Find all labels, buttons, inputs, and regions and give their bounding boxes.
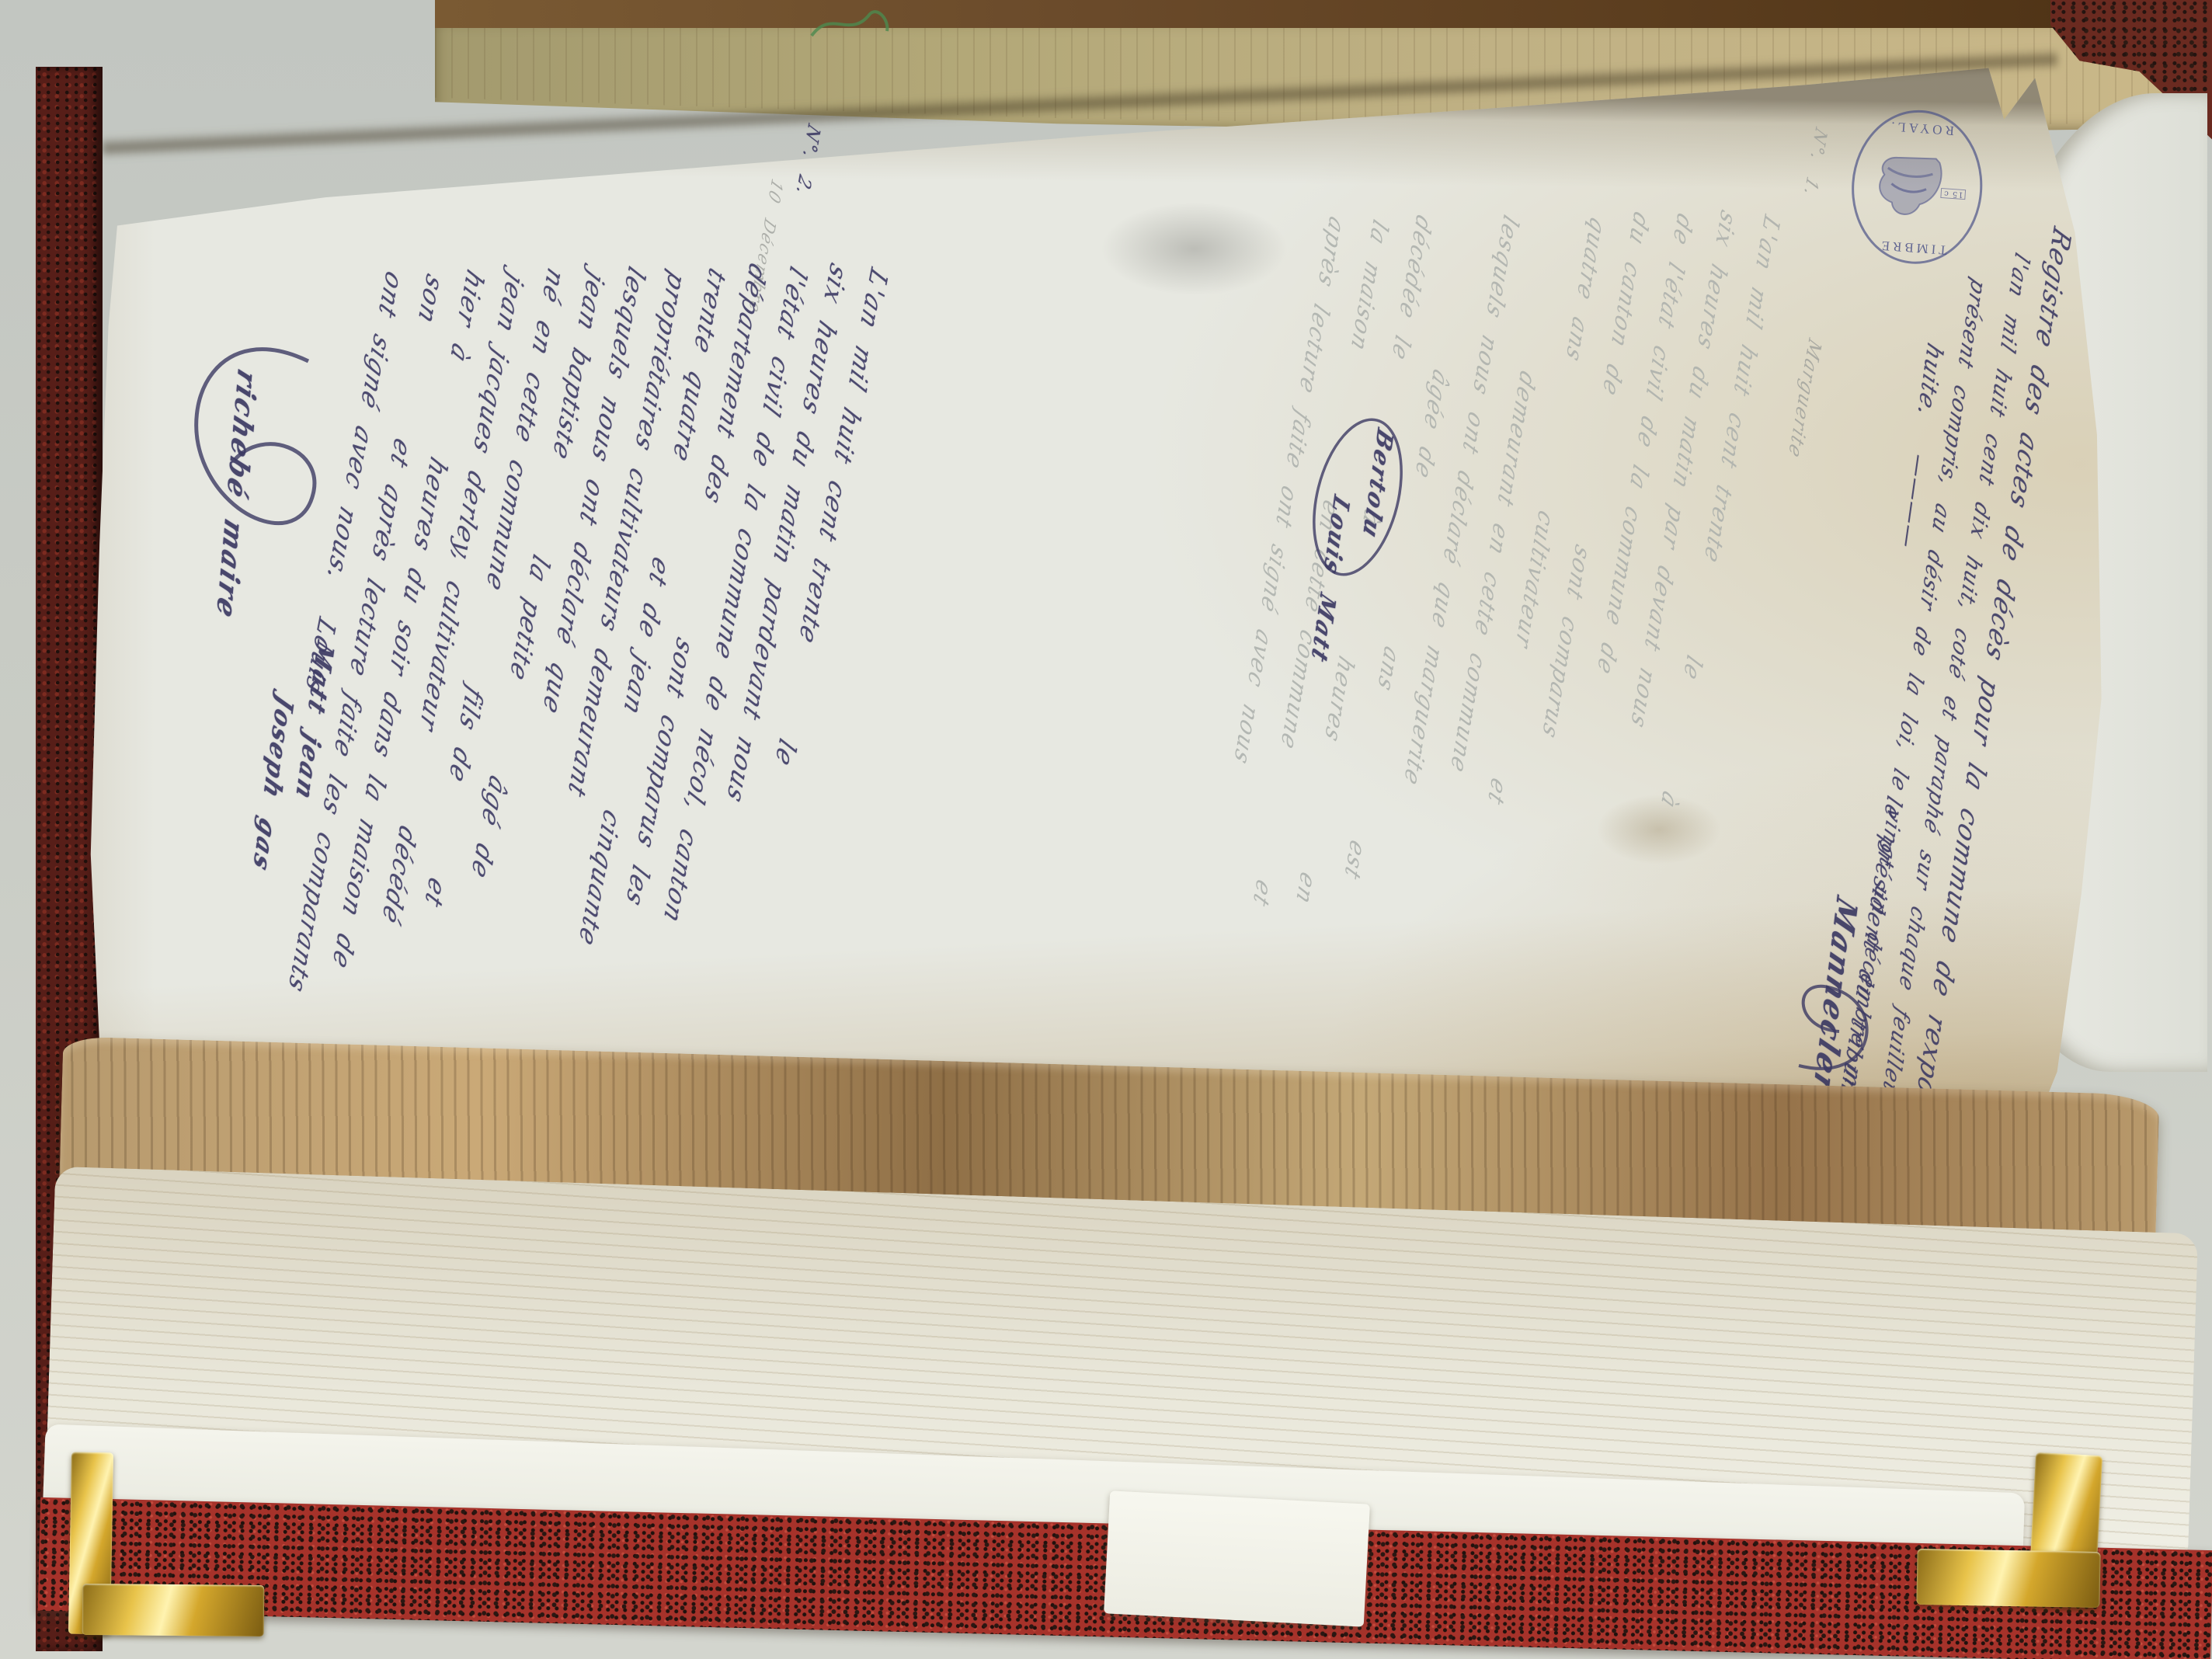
stamp-bottom-text: ROYAL. xyxy=(1887,118,1954,138)
margin-note-act2-number: N°. 2. xyxy=(792,120,823,200)
gold-corner-protector-bottom-right-horizontal xyxy=(1916,1549,2100,1608)
timbre-royal-stamp: TIMBRE 15 c ROYAL. xyxy=(1852,111,1988,269)
stamp-oval-border: TIMBRE 15 c ROYAL. xyxy=(1847,106,1988,268)
inserted-paper-slip xyxy=(1104,1490,1370,1626)
gold-corner-protector-bottom-left-horizontal xyxy=(82,1584,265,1636)
act2-mayor-signature-flourish xyxy=(172,326,320,559)
photo-open-register-book: { "photo_subject": "Photograph of an ope… xyxy=(0,0,2212,1659)
margin-note-act1-number: N°. 1. xyxy=(1800,124,1830,201)
act1-witness-signature-flourish xyxy=(1296,404,1420,590)
stamp-value-text: 15 c xyxy=(1941,188,1966,200)
president-signature-flourish xyxy=(1783,957,1900,1089)
stamp-top-text: TIMBRE xyxy=(1878,238,1947,258)
margin-note-act1-name: Marguerite xyxy=(1784,335,1825,463)
